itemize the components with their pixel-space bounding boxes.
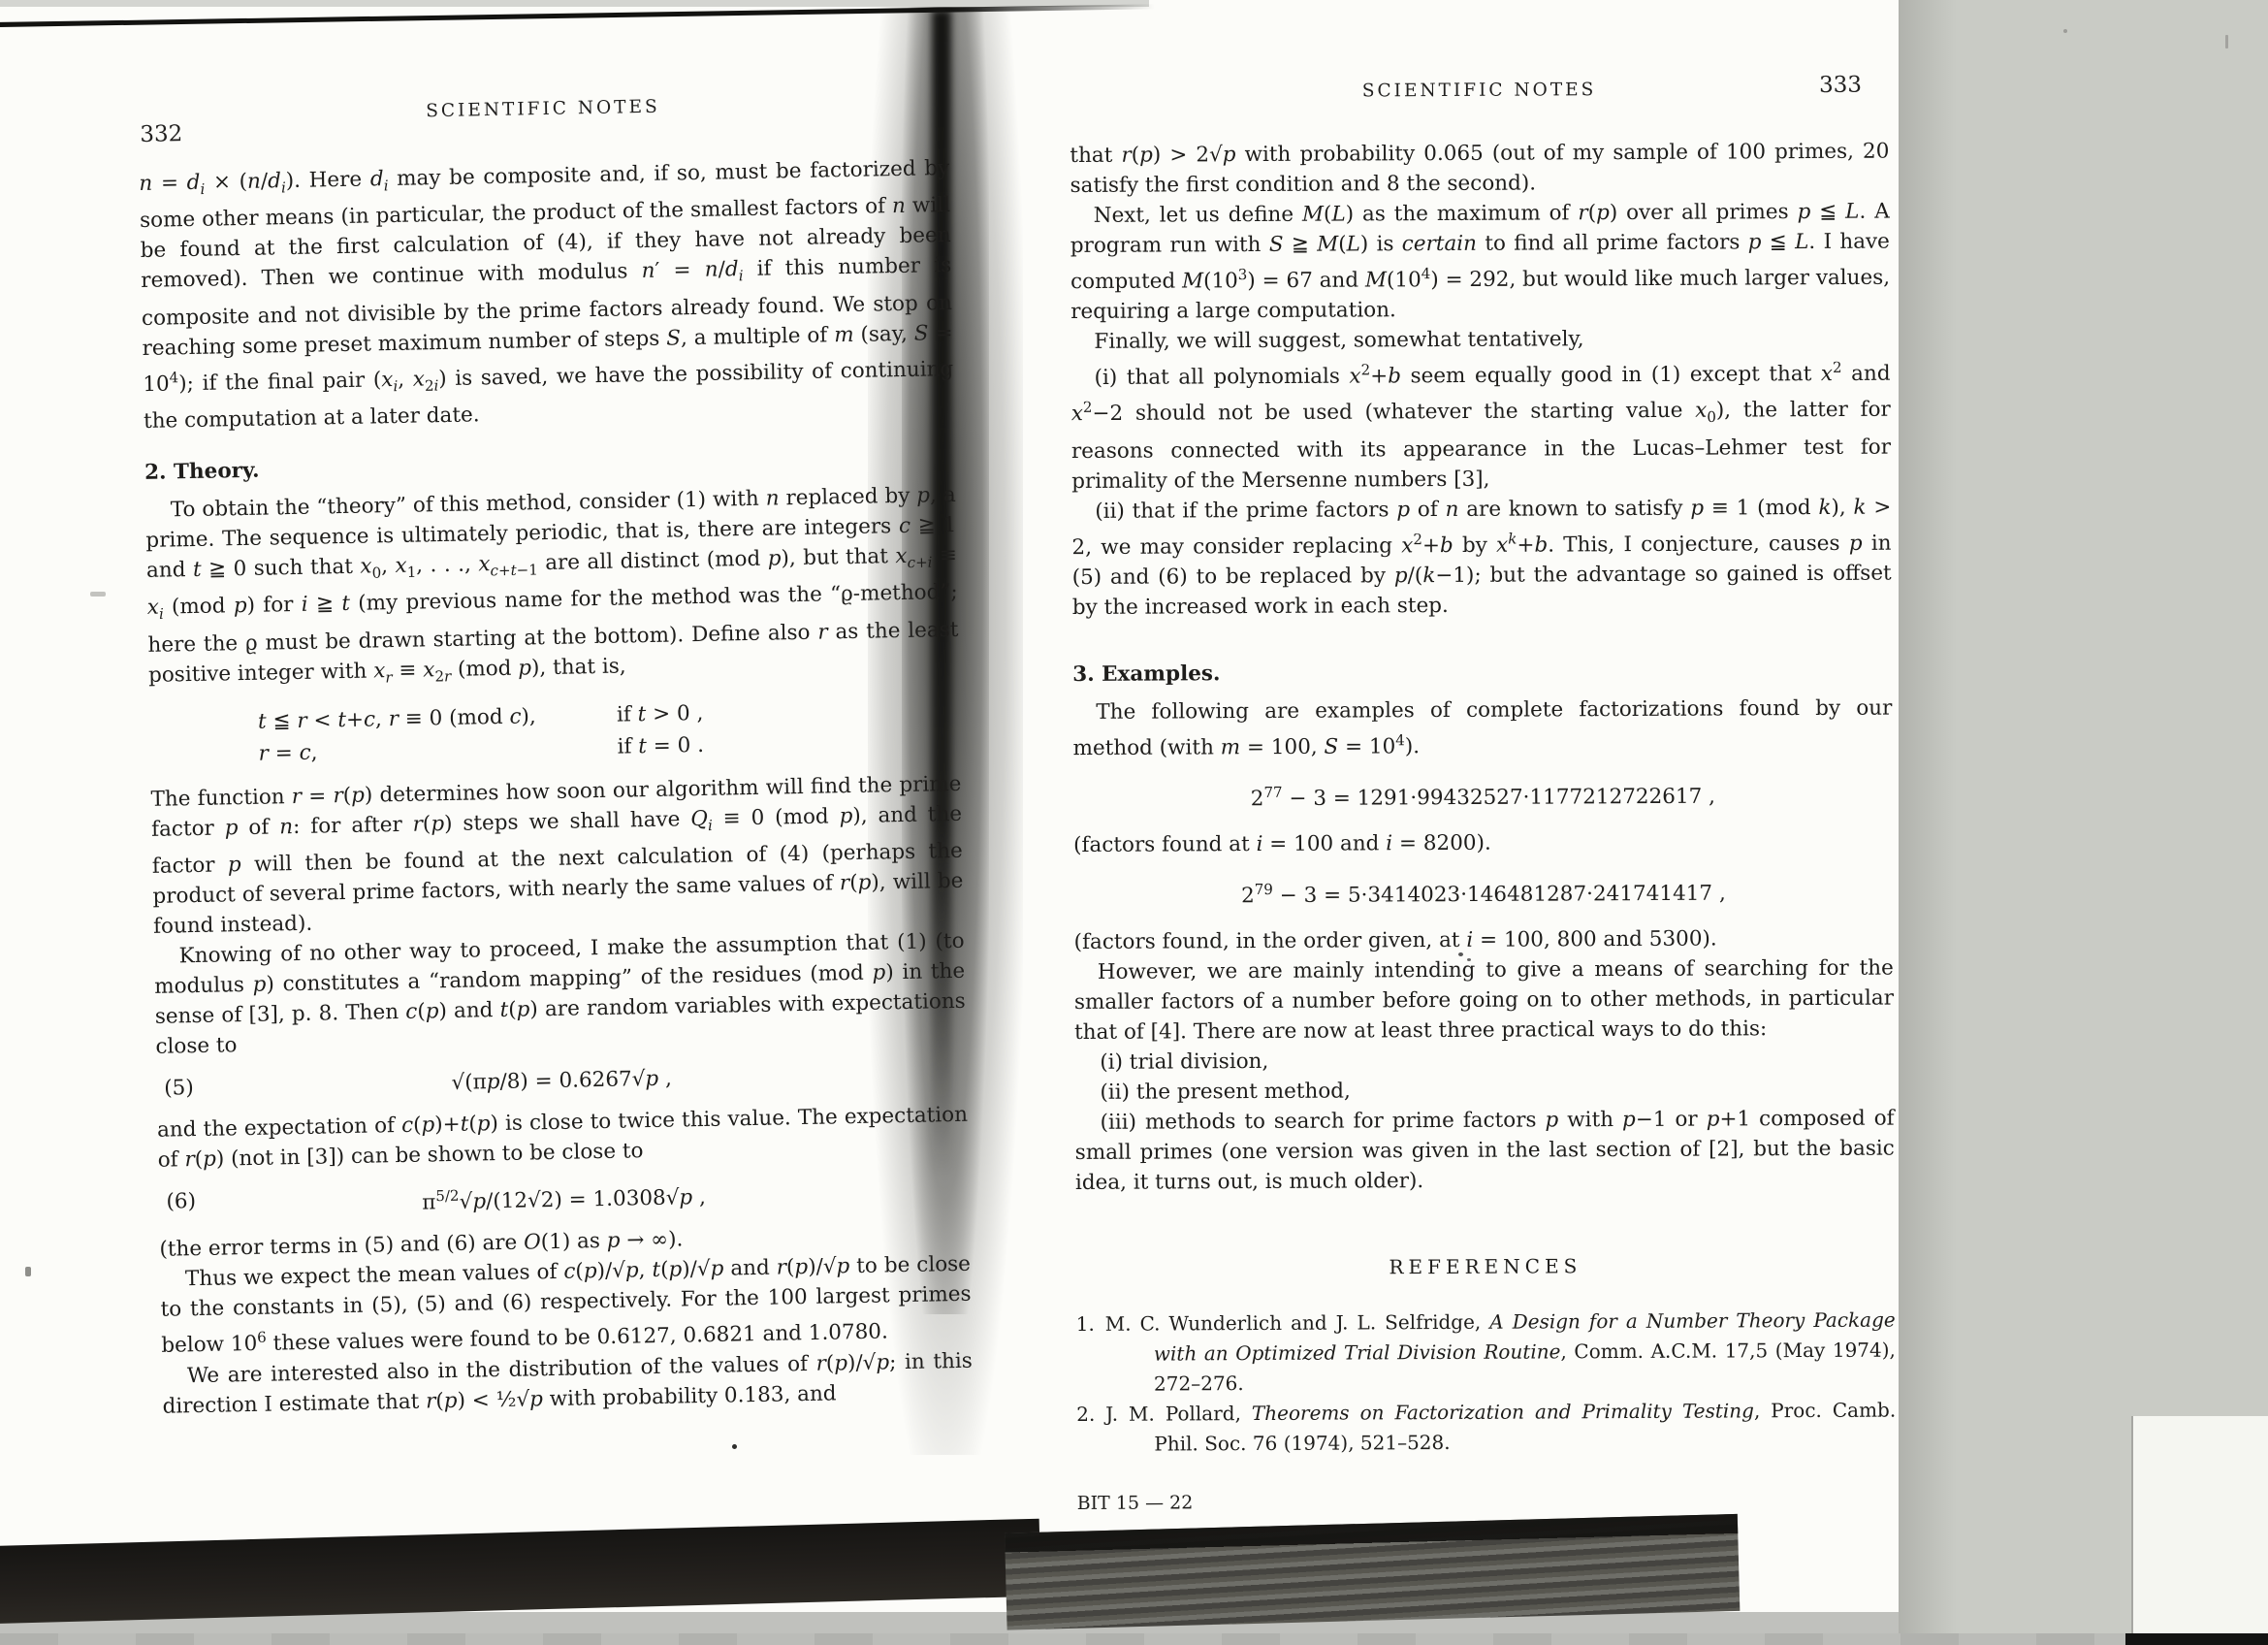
equation-label: (5) bbox=[164, 1073, 194, 1104]
page-right: SCIENTIFIC NOTES 333 that r(p) > 2√p wit… bbox=[1070, 79, 1897, 1520]
bottom-band-stripes bbox=[1005, 1514, 1740, 1630]
page-edge bbox=[2131, 1416, 2268, 1635]
reference-item: 1.M. C. Wunderlich and J. L. Selfridge, … bbox=[1076, 1306, 1896, 1400]
ink-speck bbox=[732, 1444, 737, 1449]
paragraph: The function r = r(p) determines how soo… bbox=[150, 769, 964, 942]
paragraph: The following are examples of complete f… bbox=[1072, 693, 1892, 763]
list-item: (ii) the present method, bbox=[1074, 1074, 1894, 1108]
paragraph: (factors found at i = 100 and i = 8200). bbox=[1073, 826, 1893, 860]
page-right-header: SCIENTIFIC NOTES 333 bbox=[1070, 79, 1889, 112]
display-equation-cases: t ≦ r < t+c, r ≡ 0 (mod c), if t > 0 , r… bbox=[258, 693, 961, 769]
display-equation-factorization-1: 277 − 3 = 1291·99432527·1177212722617 , bbox=[1073, 775, 1893, 816]
display-equation-factorization-2: 279 − 3 = 5·3414023·146481287·241741417 … bbox=[1073, 872, 1893, 913]
reference-text: J. M. Pollard, Theorems on Factorization… bbox=[1105, 1399, 1896, 1456]
paragraph: Next, let us define M(L) as the maximum … bbox=[1070, 197, 1891, 328]
reference-item: 2.J. M. Pollard, Theorems on Factorizati… bbox=[1076, 1396, 1896, 1460]
page-left-body: n = di × (n/di). Here di may be composit… bbox=[139, 153, 974, 1421]
scan-edge-mark bbox=[25, 1267, 31, 1276]
list-item: (i) trial division, bbox=[1074, 1044, 1894, 1078]
equation-line: t ≦ r < t+c, r ≡ 0 (mod c), bbox=[258, 700, 618, 737]
paragraph: n = di × (n/di). Here di may be composit… bbox=[139, 153, 954, 436]
section-heading-theory: 2. Theory. bbox=[144, 442, 955, 488]
equation-line: r = c, bbox=[258, 732, 618, 769]
paragraph: However, we are mainly intending to give… bbox=[1074, 953, 1894, 1048]
paragraph: (factors found, in the order given, at i… bbox=[1074, 923, 1894, 957]
page-right-body: that r(p) > 2√p with probability 0.065 (… bbox=[1070, 137, 1896, 1520]
paragraph: To obtain the “theory” of this method, c… bbox=[145, 480, 960, 697]
equation-formula: √(πp/8) = 0.6267√p , bbox=[451, 1067, 672, 1095]
scan-corner-bar bbox=[2125, 1633, 2268, 1645]
equation-formula: π5/2√p/(12√2) = 1.0308√p , bbox=[422, 1185, 706, 1215]
paragraph: that r(p) > 2√p with probability 0.065 (… bbox=[1070, 137, 1889, 201]
references-heading: REFERENCES bbox=[1075, 1250, 1895, 1284]
section-heading-examples: 3. Examples. bbox=[1072, 655, 1892, 689]
paragraph: Finally, we will suggest, somewhat tenta… bbox=[1070, 323, 1890, 357]
equation-condition: if t = 0 . bbox=[617, 726, 961, 762]
paragraph: (i) that all polynomials x2+b seem equal… bbox=[1070, 353, 1891, 497]
reference-number: 2. bbox=[1076, 1400, 1105, 1430]
reference-number: 1. bbox=[1076, 1309, 1105, 1339]
list-item: (iii) methods to search for prime factor… bbox=[1075, 1104, 1895, 1198]
ink-speck bbox=[2063, 29, 2067, 33]
reference-text: M. C. Wunderlich and J. L. Selfridge, A … bbox=[1105, 1308, 1896, 1396]
journal-signature: BIT 15 — 22 bbox=[1077, 1485, 1897, 1519]
page-curl-shadow bbox=[1899, 0, 1957, 1645]
paragraph: Knowing of no other way to proceed, I ma… bbox=[153, 926, 966, 1062]
paragraph: (ii) that if the prime factors p of n ar… bbox=[1071, 492, 1892, 623]
page-left: 332 SCIENTIFIC NOTES n = di × (n/di). He… bbox=[138, 99, 974, 1421]
display-equation-5: (5) √(πp/8) = 0.6267√p , bbox=[156, 1058, 967, 1104]
scan-bottom-edge bbox=[0, 1633, 2125, 1645]
running-head: SCIENTIFIC NOTES bbox=[1070, 79, 1889, 103]
paragraph: and the expectation of c(p)+t(p) is clos… bbox=[157, 1100, 969, 1176]
equation-label: (6) bbox=[166, 1186, 196, 1217]
paragraph: Thus we expect the mean values of c(p)/√… bbox=[160, 1249, 973, 1361]
page-left-header: 332 SCIENTIFIC NOTES bbox=[138, 99, 948, 144]
scan-edge-mark bbox=[2225, 35, 2228, 48]
page-number: 333 bbox=[1819, 73, 1862, 98]
scan-smudge bbox=[90, 592, 106, 597]
scanner-margin bbox=[1899, 0, 2268, 1645]
equation-condition: if t > 0 , bbox=[617, 693, 961, 730]
display-equation-6: (6) π5/2√p/(12√2) = 1.0308√p , bbox=[158, 1172, 970, 1223]
scan-top-edge bbox=[0, 0, 1149, 7]
